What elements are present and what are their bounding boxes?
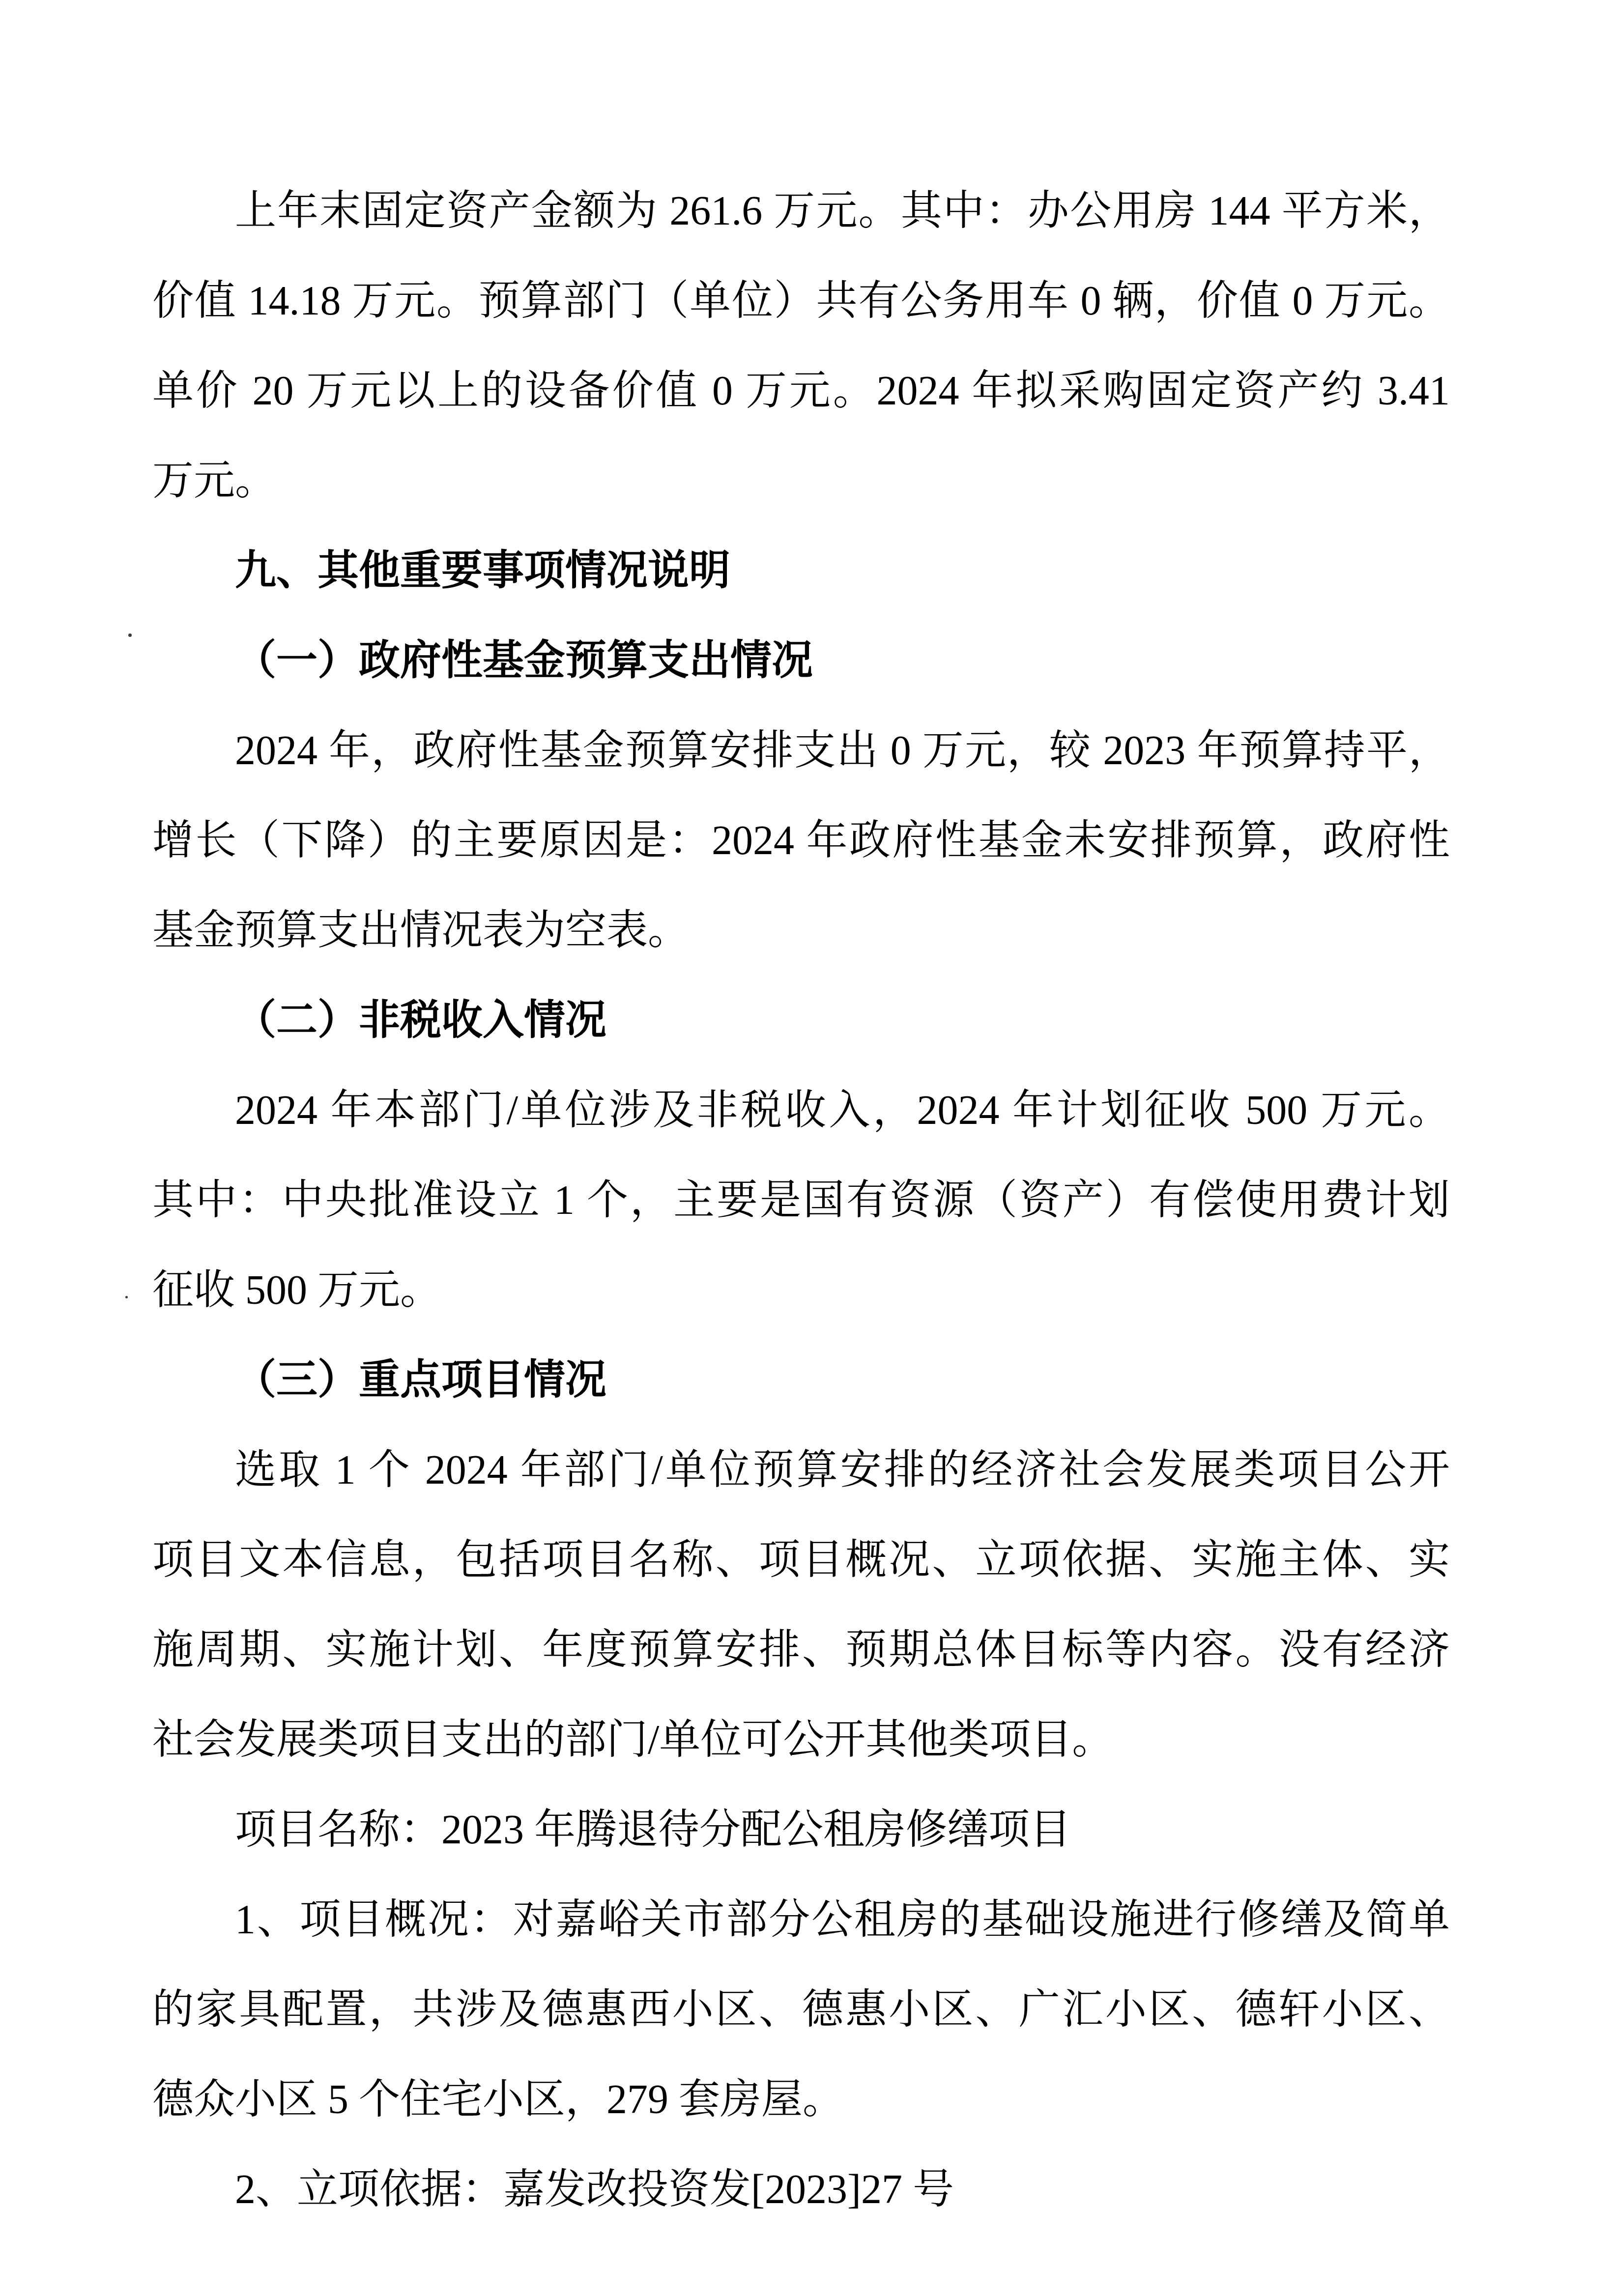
text-line: 上年末固定资产金额为 261.6 万元。其中：办公用房 144 平方米，: [152, 166, 1450, 256]
document-body: 上年末固定资产金额为 261.6 万元。其中：办公用房 144 平方米，价值 1…: [152, 166, 1450, 2235]
text-line: 选取 1 个 2024 年部门/单位预算安排的经济社会发展类项目公开: [152, 1425, 1450, 1515]
heading-line: 九、其他重要事项情况说明: [152, 526, 1450, 616]
text-line: 1、项目概况：对嘉峪关市部分公租房的基础设施进行修缮及简单: [152, 1875, 1450, 1965]
text-line: 征收 500 万元。: [152, 1245, 1450, 1335]
text-line: 德众小区 5 个住宅小区，279 套房屋。: [152, 2055, 1450, 2145]
text-line: 基金预算支出情况表为空表。: [152, 886, 1450, 976]
text-line: 项目文本信息，包括项目名称、项目概况、立项依据、实施主体、实: [152, 1515, 1450, 1605]
text-line: 的家具配置，共涉及德惠西小区、德惠小区、广汇小区、德轩小区、: [152, 1965, 1450, 2055]
text-line: 2024 年，政府性基金预算安排支出 0 万元，较 2023 年预算持平，: [152, 706, 1450, 796]
heading-line: （二）非税收入情况: [152, 976, 1450, 1065]
text-line: 社会发展类项目支出的部门/单位可公开其他类项目。: [152, 1695, 1450, 1785]
text-line: 2、立项依据：嘉发改投资发[2023]27 号: [152, 2145, 1450, 2235]
heading-line: （三）重点项目情况: [152, 1335, 1450, 1425]
text-line: 施周期、实施计划、年度预算安排、预期总体目标等内容。没有经济: [152, 1605, 1450, 1695]
text-line: 价值 14.18 万元。预算部门（单位）共有公务用车 0 辆，价值 0 万元。: [152, 256, 1450, 346]
heading-line: （一）政府性基金预算支出情况: [152, 616, 1450, 706]
text-line: 2024 年本部门/单位涉及非税收入，2024 年计划征收 500 万元。: [152, 1065, 1450, 1155]
text-line: 万元。: [152, 436, 1450, 526]
text-line: 项目名称：2023 年腾退待分配公租房修缮项目: [152, 1785, 1450, 1875]
text-line: 增长（下降）的主要原因是：2024 年政府性基金未安排预算，政府性: [152, 796, 1450, 886]
scan-speck: [128, 633, 132, 637]
scan-speck: [125, 1296, 128, 1298]
text-line: 单价 20 万元以上的设备价值 0 万元。2024 年拟采购固定资产约 3.41: [152, 346, 1450, 436]
document-page: 上年末固定资产金额为 261.6 万元。其中：办公用房 144 平方米，价值 1…: [0, 0, 1614, 2296]
text-line: 其中：中央批准设立 1 个，主要是国有资源（资产）有偿使用费计划: [152, 1155, 1450, 1245]
